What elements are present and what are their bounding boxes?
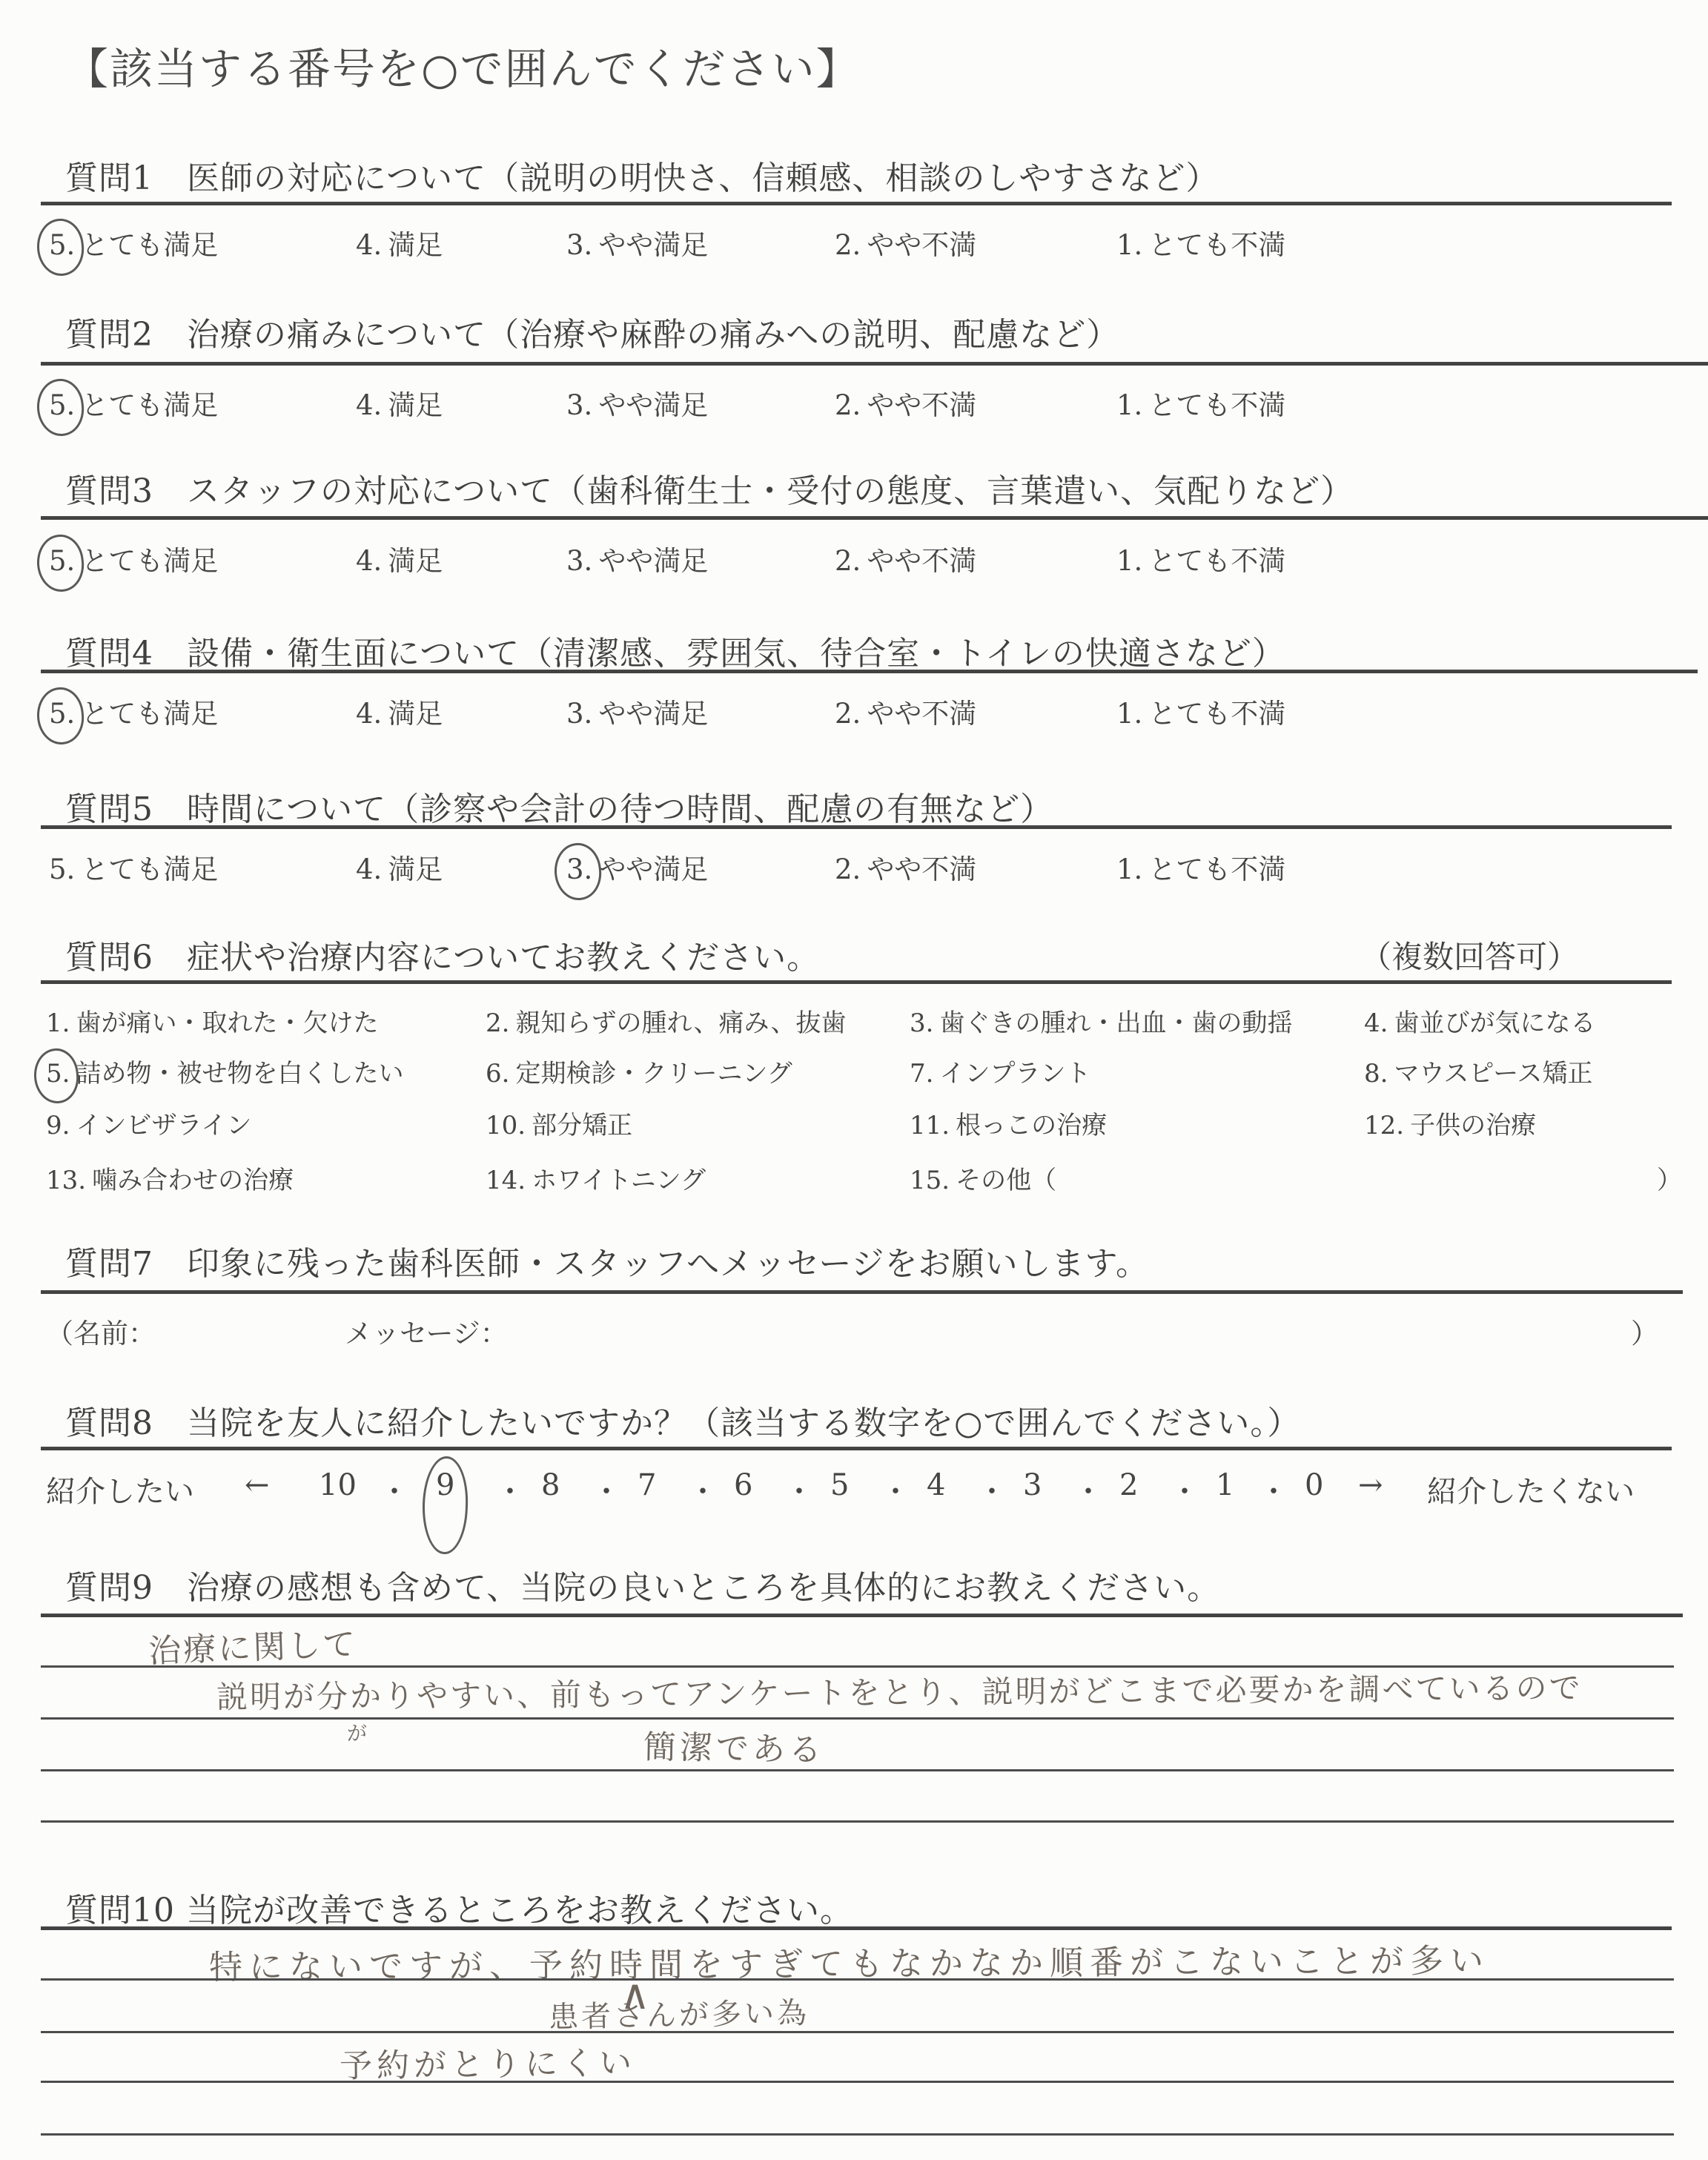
q6-divider: [41, 980, 1672, 984]
q8-left-label: 紹介したい: [46, 1468, 194, 1510]
q2-option-3: 3.やや満足: [566, 383, 708, 423]
q7-name-label: （名前：: [46, 1311, 156, 1351]
q4-option-1: 1.とても不満: [1116, 691, 1285, 731]
q2-option-4: 4.満足: [356, 383, 443, 423]
q10-label: 質問10 当院が改善できるところをお教えください。: [65, 1883, 853, 1931]
q8-dot: ・: [592, 1468, 621, 1510]
q8-dot: ・: [784, 1468, 814, 1510]
q8-right-arrow: →: [1358, 1468, 1383, 1502]
q8-dot: ・: [1170, 1468, 1199, 1510]
q4-option-5: 5.とても満足: [49, 691, 218, 731]
q5-option-1: 1.とても不満: [1116, 847, 1285, 887]
q5-option-2: 2.やや不満: [835, 847, 976, 887]
q8-right-label: 紹介したくない: [1427, 1468, 1635, 1510]
q5-option-3: 3.やや満足: [566, 847, 708, 887]
q9-answer-rule-3: [41, 1769, 1674, 1771]
q6-item-15: 15.その他（: [910, 1160, 1056, 1196]
q6-item-12: 12.子供の治療: [1364, 1105, 1536, 1141]
q6-note: （複数回答可）: [1360, 933, 1578, 977]
q9-answer-insertion: が: [347, 1717, 367, 1746]
q10-answer-rule-1: [41, 1978, 1674, 1981]
q2-circle-mark: 5.: [49, 389, 75, 421]
q8-number-4: 4: [927, 1468, 945, 1502]
q8-number-1: 1: [1216, 1468, 1234, 1502]
q8-number-8: 8: [541, 1468, 560, 1502]
q1-circle-mark: 5.: [49, 229, 75, 261]
q9-answer-line-3: 簡潔である: [643, 1720, 825, 1771]
q6-item-7: 7.インプラント: [910, 1053, 1090, 1089]
q1-option-1: 1.とても不満: [1116, 222, 1285, 262]
q8-dot: ・: [977, 1468, 1007, 1510]
q2-option-5: 5.とても満足: [49, 383, 218, 423]
q6-item-2: 2.親知らずの腫れ、痛み、抜歯: [486, 1003, 847, 1039]
q2-option-1: 1.とても不満: [1116, 383, 1285, 423]
q10-answer-rule-4: [41, 2133, 1674, 2136]
q8-dot: ・: [495, 1468, 525, 1510]
q8-number-9-circled: 9: [436, 1468, 454, 1502]
q10-answer-rule-3: [41, 2081, 1674, 2083]
q7-close-paren: ）: [1631, 1311, 1658, 1351]
q10-divider: [41, 1926, 1672, 1930]
q4-option-3: 3.やや満足: [566, 691, 708, 731]
q2-label: 質問2 治療の痛みについて（治療や麻酔の痛みへの説明、配慮など）: [65, 308, 1119, 355]
q7-label: 質問7 印象に残った歯科医師・スタッフへメッセージをお願いします。: [65, 1237, 1149, 1284]
q3-option-5: 5.とても満足: [49, 538, 218, 578]
q6-item-3: 3.歯ぐきの腫れ・出血・歯の動揺: [910, 1003, 1292, 1039]
q4-divider: [41, 670, 1698, 673]
q8-number-7: 7: [638, 1468, 656, 1502]
q5-option-4: 4.満足: [356, 847, 443, 887]
q1-option-4: 4.満足: [356, 222, 443, 262]
q4-label: 質問4 設備・衛生面について（清潔感、雰囲気、待合室・トイレの快適さなど）: [65, 627, 1285, 674]
q8-number-10: 10: [319, 1468, 357, 1502]
q8-label: 質問8 当院を友人に紹介したいですか？（該当する数字を○で囲んでください。）: [65, 1396, 1300, 1444]
q7-message-label: メッセージ：: [345, 1311, 508, 1351]
q8-divider: [41, 1447, 1672, 1450]
q6-item-11: 11.根っこの治療: [910, 1105, 1107, 1141]
q8-number-2: 2: [1119, 1468, 1138, 1502]
q2-divider: [41, 362, 1708, 366]
q9-divider: [41, 1614, 1683, 1617]
q9-answer-rule-4: [41, 1820, 1674, 1823]
q3-label: 質問3 スタッフの対応について（歯科衛生士・受付の態度、言葉遣い、気配りなど）: [65, 464, 1354, 512]
q9-answer-line-1: 治療に関して: [148, 1617, 358, 1672]
q8-dot: ・: [380, 1468, 409, 1510]
q8-dot: ・: [688, 1468, 718, 1510]
q8-number-5: 5: [830, 1468, 849, 1502]
q10-answer-insertion: 患者さんが多い為: [549, 1989, 810, 2036]
q3-circle-mark: 5.: [49, 545, 75, 577]
q4-circle-mark: 5.: [49, 698, 75, 730]
q7-divider: [41, 1290, 1683, 1294]
q8-number-0: 0: [1305, 1468, 1323, 1502]
q8-number-6: 6: [734, 1468, 752, 1502]
form-title: 【該当する番号を○で囲んでください】: [65, 34, 861, 96]
q2-option-2: 2.やや不満: [835, 383, 976, 423]
q1-option-2: 2.やや不満: [835, 222, 976, 262]
q6-item-6: 6.定期検診・クリーニング: [486, 1053, 792, 1089]
q5-label: 質問5 時間について（診察や会計の待つ時間、配慮の有無など）: [65, 782, 1053, 830]
q5-option-5: 5.とても満足: [49, 847, 218, 887]
q1-label: 質問1 医師の対応について（説明の明快さ、信頼感、相談のしやすさなど）: [65, 151, 1219, 199]
q8-dot: ・: [1259, 1468, 1288, 1510]
q6-item-15-close-paren: ）: [1657, 1160, 1682, 1196]
q8-left-arrow: ←: [245, 1468, 270, 1502]
q5-divider: [41, 825, 1672, 829]
q8-number-3: 3: [1023, 1468, 1042, 1502]
q10-answer-line-2: 予約がとりにくい: [340, 2036, 637, 2087]
q1-divider: [41, 202, 1672, 205]
q9-answer-rule-2: [41, 1717, 1674, 1720]
q1-option-5: 5.とても満足: [49, 222, 218, 262]
q6-item-10: 10.部分矯正: [486, 1105, 632, 1141]
q10-answer-rule-2: [41, 2031, 1674, 2033]
q3-divider: [41, 516, 1708, 520]
q6-item-1: 1.歯が痛い・取れた・欠けた: [46, 1003, 378, 1039]
q6-circle-mark: 5.: [46, 1059, 70, 1089]
q6-item-8: 8.マウスピース矯正: [1364, 1053, 1592, 1089]
q3-option-4: 4.満足: [356, 538, 443, 578]
q1-option-3: 3.やや満足: [566, 222, 708, 262]
q5-circle-mark: 3.: [566, 853, 592, 885]
q8-dot: ・: [881, 1468, 910, 1510]
q9-answer-line-2: 説明が分かりやすい、前もってアンケートをとり、説明がどこまで必要かを調べているの…: [216, 1664, 1583, 1718]
q4-option-2: 2.やや不満: [835, 691, 976, 731]
q3-option-3: 3.やや満足: [566, 538, 708, 578]
q6-item-13: 13.噛み合わせの治療: [46, 1160, 294, 1196]
q6-item-14: 14.ホワイトニング: [486, 1160, 706, 1196]
q6-item-4: 4.歯並びが気になる: [1364, 1003, 1595, 1039]
q6-item-5: 5.詰め物・被せ物を白くしたい: [46, 1053, 403, 1089]
q9-label: 質問9 治療の感想も含めて、当院の良いところを具体的にお教えください。: [65, 1561, 1220, 1608]
q8-dot: ・: [1073, 1468, 1103, 1510]
q3-option-1: 1.とても不満: [1116, 538, 1285, 578]
q4-option-4: 4.満足: [356, 691, 443, 731]
q3-option-2: 2.やや不満: [835, 538, 976, 578]
q6-label: 質問6 症状や治療内容についてお教えください。: [65, 931, 820, 978]
q6-item-9: 9.インビザライン: [46, 1105, 251, 1141]
